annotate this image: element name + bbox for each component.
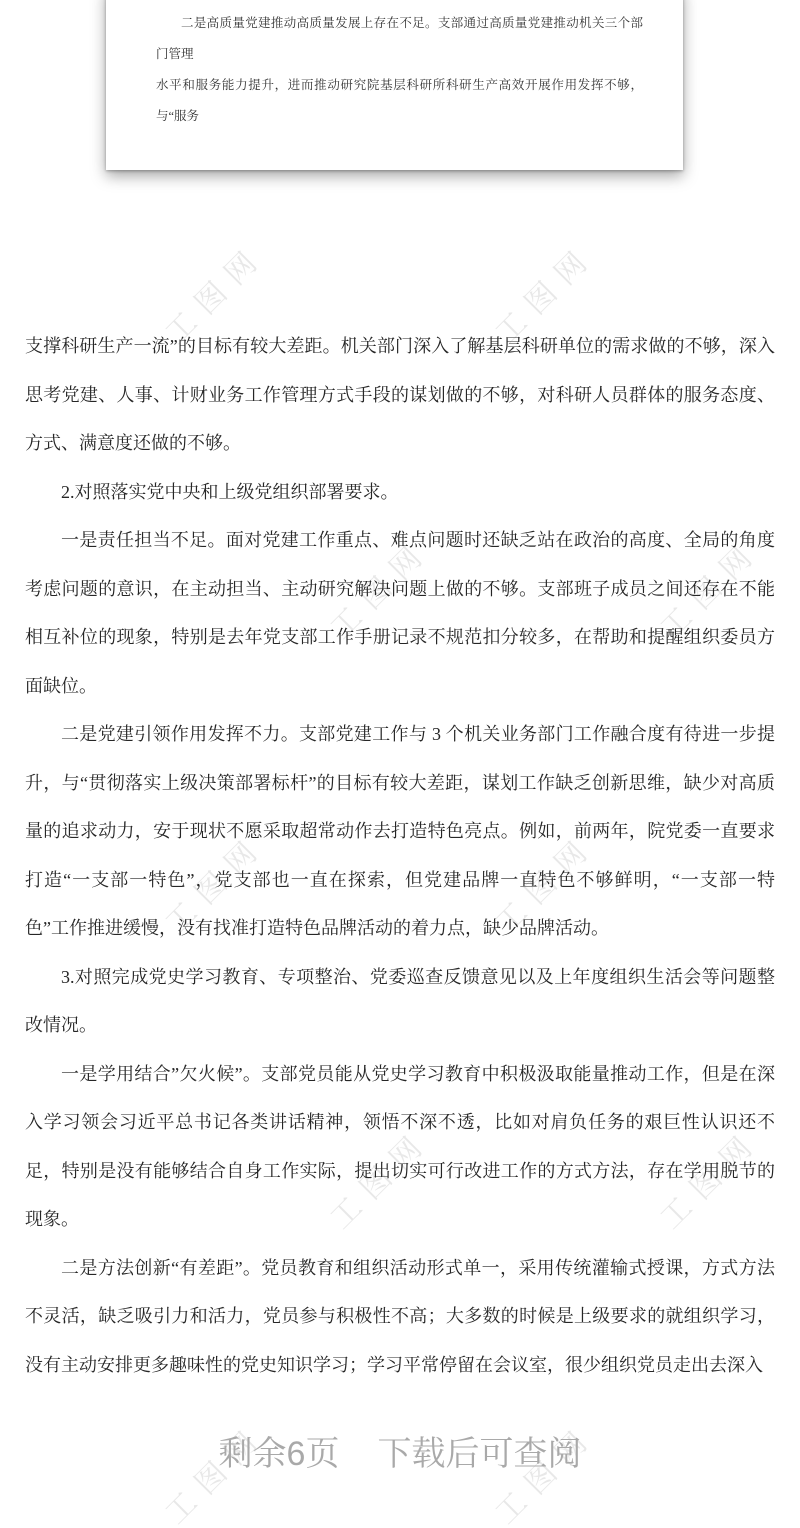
thumbnail-text-line: 水平和服务能力提升，进而推动研究院基层科研所科研生产高效开展作用发挥不够，与“服… bbox=[156, 70, 643, 132]
thumbnail-text-line: 二是高质量党建推动高质量发展上存在不足。支部通过高质量党建推动机关三个部门管理 bbox=[156, 8, 643, 70]
document-paragraph: 支撑科研生产一流”的目标有较大差距。机关部门深入了解基层科研单位的需求做的不够，… bbox=[25, 322, 775, 468]
document-paragraph: 二是党建引领作用发挥不力。支部党建工作与 3 个机关业务部门工作融合度有待进一步… bbox=[25, 710, 775, 953]
document-preview-page: { "page": { "background": "#ffffff", "te… bbox=[0, 0, 800, 1528]
document-paragraph: 一是责任担当不足。面对党建工作重点、难点问题时还缺乏站在政治的高度、全局的角度考… bbox=[25, 516, 775, 710]
document-body: 支撑科研生产一流”的目标有较大差距。机关部门深入了解基层科研单位的需求做的不够，… bbox=[25, 322, 775, 1389]
previous-page-thumbnail[interactable]: 二是高质量党建推动高质量发展上存在不足。支部通过高质量党建推动机关三个部门管理 … bbox=[106, 0, 683, 170]
thumbnail-text: 二是高质量党建推动高质量发展上存在不足。支部通过高质量党建推动机关三个部门管理 … bbox=[106, 0, 683, 132]
remaining-pages-label: 剩余6页 bbox=[219, 1435, 340, 1473]
document-paragraph: 一是学用结合”欠火候”。支部党员能从党史学习教育中积极汲取能量推动工作，但是在深… bbox=[25, 1050, 775, 1244]
document-paragraph: 3.对照完成党史学习教育、专项整治、党委巡查反馈意见以及上年度组织生活会等问题整… bbox=[25, 953, 775, 1050]
preview-footer: 剩余6页下载后可查阅 bbox=[0, 1426, 800, 1475]
download-hint-label: 下载后可查阅 bbox=[377, 1435, 581, 1473]
document-paragraph: 2.对照落实党中央和上级党组织部署要求。 bbox=[25, 468, 775, 517]
document-paragraph: 二是方法创新“有差距”。党员教育和组织活动形式单一，采用传统灌输式授课，方式方法… bbox=[25, 1244, 775, 1390]
